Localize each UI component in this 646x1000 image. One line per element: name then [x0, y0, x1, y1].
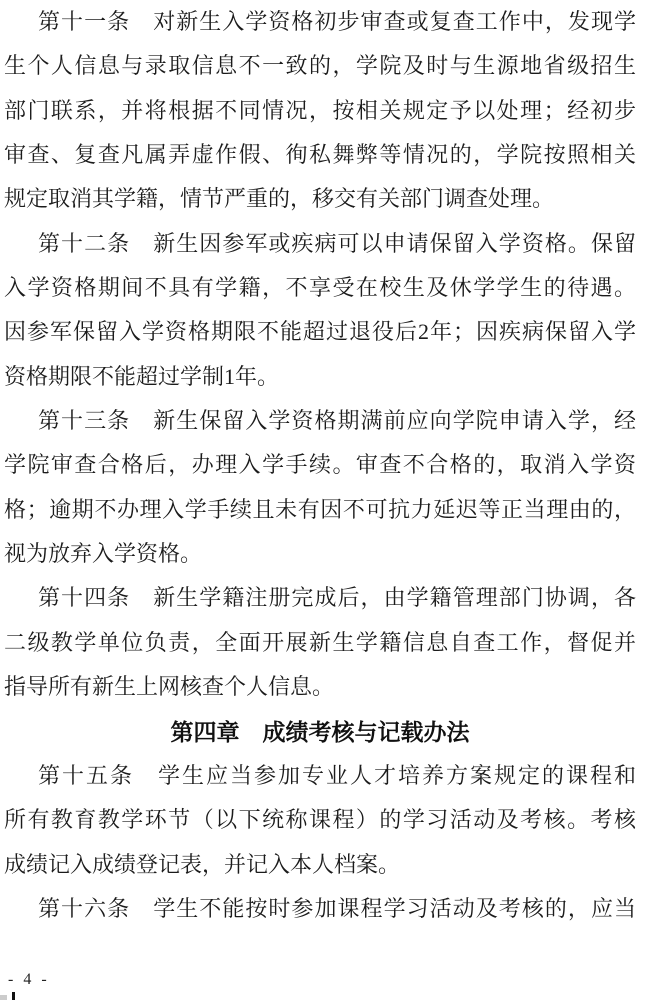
paragraph-article-16: 第十六条 学生不能按时参加课程学习活动及考核的，应当	[4, 887, 636, 931]
text-line: 第十五条 学生应当参加专业人才培养方案规定的课程和	[4, 754, 636, 798]
text-line: 视为放弃入学资格。	[4, 532, 636, 576]
paragraph-article-15: 第十五条 学生应当参加专业人才培养方案规定的课程和 所有教育教学环节（以下统称课…	[4, 754, 636, 887]
paragraph-article-14: 第十四条 新生学籍注册完成后，由学籍管理部门协调，各 二级教学单位负责，全面开展…	[4, 576, 636, 709]
text-line: 学院审查合格后，办理入学手续。审查不合格的，取消入学资	[4, 443, 636, 487]
text-line: 因参军保留入学资格期限不能超过退役后2年；因疾病保留入学	[4, 310, 636, 354]
text-line: 第十六条 学生不能按时参加课程学习活动及考核的，应当	[4, 887, 636, 931]
text-line: 部门联系，并将根据不同情况，按相关规定予以处理；经初步	[4, 89, 636, 133]
text-line: 第十二条 新生因参军或疾病可以申请保留入学资格。保留	[4, 222, 636, 266]
document-page: 第十一条 对新生入学资格初步审查或复查工作中，发现学 生个人信息与录取信息不一致…	[0, 0, 646, 1000]
paragraph-article-12: 第十二条 新生因参军或疾病可以申请保留入学资格。保留 入学资格期间不具有学籍，不…	[4, 222, 636, 399]
text-line: 指导所有新生上网核查个人信息。	[4, 665, 636, 709]
page-number: - 4 -	[8, 971, 50, 989]
text-line: 第十一条 对新生入学资格初步审查或复查工作中，发现学	[4, 0, 636, 44]
text-line: 规定取消其学籍，情节严重的，移交有关部门调查处理。	[4, 177, 636, 221]
document-text: 第十一条 对新生入学资格初步审查或复查工作中，发现学 生个人信息与录取信息不一致…	[4, 0, 636, 931]
scan-artifact-smudge	[0, 995, 7, 1000]
text-line: 二级教学单位负责，全面开展新生学籍信息自查工作，督促并	[4, 621, 636, 665]
text-line: 格；逾期不办理入学手续且未有因不可抗力延迟等正当理由的，	[4, 488, 636, 532]
paragraph-article-13: 第十三条 新生保留入学资格期满前应向学院申请入学，经 学院审查合格后，办理入学手…	[4, 399, 636, 576]
chapter-heading: 第四章 成绩考核与记载办法	[4, 710, 636, 754]
paragraph-article-11: 第十一条 对新生入学资格初步审查或复查工作中，发现学 生个人信息与录取信息不一致…	[4, 0, 636, 222]
text-line: 第十三条 新生保留入学资格期满前应向学院申请入学，经	[4, 399, 636, 443]
scan-artifact-mark	[12, 992, 15, 1000]
text-line: 成绩记入成绩登记表，并记入本人档案。	[4, 843, 636, 887]
text-line: 所有教育教学环节（以下统称课程）的学习活动及考核。考核	[4, 798, 636, 842]
text-line: 审查、复查凡属弄虚作假、徇私舞弊等情况的，学院按照相关	[4, 133, 636, 177]
chapter-heading-text: 第四章 成绩考核与记载办法	[4, 710, 636, 754]
text-line: 第十四条 新生学籍注册完成后，由学籍管理部门协调，各	[4, 576, 636, 620]
text-line: 生个人信息与录取信息不一致的，学院及时与生源地省级招生	[4, 44, 636, 88]
text-line: 资格期限不能超过学制1年。	[4, 355, 636, 399]
text-line: 入学资格期间不具有学籍，不享受在校生及休学学生的待遇。	[4, 266, 636, 310]
